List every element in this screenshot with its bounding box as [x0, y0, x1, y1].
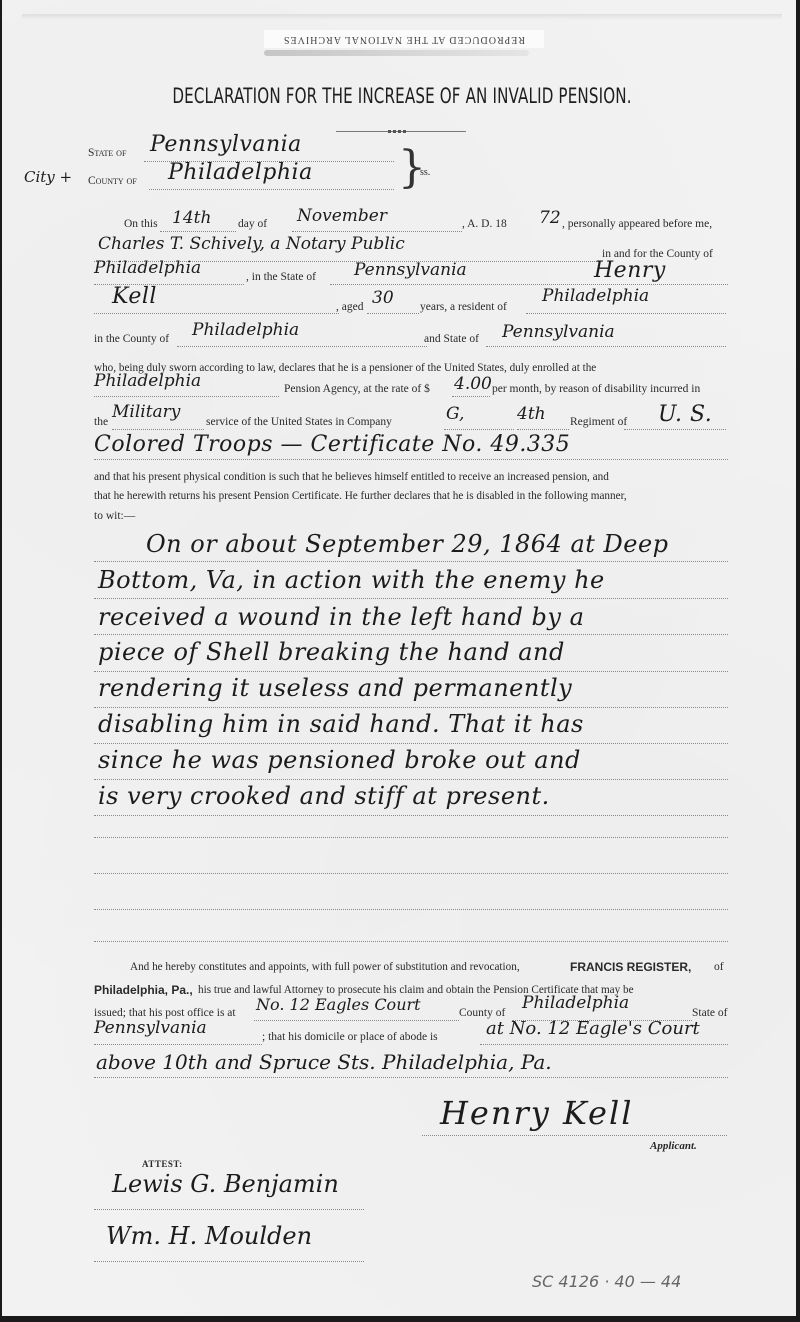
residence-value: Philadelphia	[542, 286, 649, 306]
officer-state-value: Pennsylvania	[354, 260, 467, 280]
company-value: G,	[446, 404, 464, 424]
post-office-line	[254, 1019, 459, 1021]
ss-label: ss.	[420, 167, 430, 178]
disability-line: is very crooked and stiff at present.	[98, 782, 550, 810]
day-line	[160, 230, 236, 232]
regiment-line	[624, 428, 726, 430]
age-line	[367, 312, 419, 314]
regiment-cont-value: Colored Troops — Certificate No. 49.335	[94, 432, 570, 457]
officer-state-line	[330, 283, 728, 285]
applicant-signature-line	[422, 1134, 727, 1136]
regiment-text: Regiment of	[570, 416, 627, 428]
attorney-name: FRANCIS REGISTER,	[570, 960, 691, 974]
disability-line: disabling him in said hand. That it has	[98, 710, 584, 738]
disability-line: since he was pensioned broke out and	[98, 746, 581, 774]
applicant-signature: Henry Kell	[440, 1094, 633, 1132]
ruled-line	[94, 836, 728, 838]
po-county-value: Philadelphia	[522, 993, 629, 1013]
regiment-number-line	[517, 428, 569, 430]
domicile-cont-value: above 10th and Spruce Sts. Philadelphia,…	[96, 1050, 552, 1074]
regiment-value: U. S.	[658, 402, 712, 427]
ad-label: , A. D. 18	[462, 218, 507, 230]
years-resident-label: years, a resident of	[420, 301, 507, 313]
res-state-line	[486, 345, 726, 347]
disability-line: received a wound in the left hand by a	[98, 603, 584, 631]
title-ornament	[336, 131, 466, 133]
service-value: Military	[112, 402, 180, 422]
file-number: SC 4126 · 40 — 44	[532, 1272, 681, 1291]
domicile-label: ; that his domicile or place of abode is	[262, 1031, 438, 1043]
per-month-text: per month, by reason of disability incur…	[492, 383, 700, 395]
year-value: 72	[539, 208, 561, 228]
county-value: Philadelphia	[168, 160, 313, 185]
appeared-label: , personally appeared before me,	[562, 218, 712, 230]
aged-label: , aged	[336, 301, 363, 313]
month-line	[292, 230, 462, 232]
agency-value: Philadelphia	[94, 371, 201, 391]
county-prefix-note: City +	[24, 168, 72, 186]
domicile-value: at No. 12 Eagle's Court	[486, 1018, 700, 1039]
witness-2-signature: Wm. H. Moulden	[106, 1222, 312, 1250]
disability-line: Bottom, Va, in action with the enemy he	[98, 566, 605, 594]
scan-shadow	[22, 14, 782, 20]
ruled-line	[94, 633, 728, 635]
attorney-text-1: And he hereby constitutes and appoints, …	[130, 961, 520, 973]
ruled-line	[94, 560, 728, 562]
condition-text-2: that he herewith returns his present Pen…	[94, 490, 627, 502]
to-wit-label: to wit:—	[94, 510, 135, 522]
witness-1-line	[94, 1208, 364, 1210]
res-county-value: Philadelphia	[192, 320, 299, 340]
po-state-line	[94, 1043, 262, 1045]
and-state-of-label: and State of	[424, 333, 479, 345]
service-text: service of the United States in Company	[206, 416, 392, 428]
rate-line	[452, 395, 490, 397]
ruled-line	[94, 778, 728, 780]
regiment-cont-line	[94, 458, 728, 460]
post-office-value: No. 12 Eagles Court	[256, 995, 421, 1014]
age-value: 30	[372, 288, 394, 308]
company-line	[444, 428, 514, 430]
officer-county-value: Philadelphia	[94, 258, 201, 278]
state-value: Pennsylvania	[150, 132, 302, 157]
pension-declaration-page: REPRODUCED AT THE NATIONAL ARCHIVES DECL…	[2, 0, 796, 1316]
agency-text: Pension Agency, at the rate of $	[284, 383, 430, 395]
officer-value: Charles T. Schively, a Notary Public	[98, 234, 405, 254]
ruled-line	[94, 908, 728, 910]
res-county-line	[177, 345, 427, 347]
on-this-label: On this	[124, 218, 158, 230]
witness-1-signature: Lewis G. Benjamin	[112, 1170, 339, 1198]
ruled-line	[94, 670, 728, 672]
witness-2-line	[94, 1260, 364, 1262]
ruled-line	[94, 706, 728, 708]
ruled-line	[94, 940, 728, 942]
rate-value: 4.00	[454, 374, 492, 394]
attest-label: ATTEST:	[142, 1159, 183, 1169]
county-label: County of	[88, 175, 137, 187]
residence-line	[526, 312, 726, 314]
disability-line: piece of Shell breaking the hand and	[98, 638, 565, 666]
stamp-shadow	[264, 50, 529, 56]
archive-stamp: REPRODUCED AT THE NATIONAL ARCHIVES	[264, 30, 544, 48]
applicant-label: Applicant.	[650, 1140, 697, 1152]
disability-line: rendering it useless and permanently	[98, 674, 572, 702]
ruled-line	[94, 814, 728, 816]
in-state-of-label: , in the State of	[246, 271, 316, 283]
page-title: DECLARATION FOR THE INCREASE OF AN INVAL…	[114, 84, 690, 108]
day-of-label: day of	[238, 218, 267, 230]
ruled-line	[94, 742, 728, 744]
po-state-value: Pennsylvania	[94, 1018, 207, 1038]
domicile-line	[480, 1043, 728, 1045]
ruled-line	[94, 597, 728, 599]
service-line	[112, 428, 204, 430]
day-value: 14th	[172, 208, 211, 228]
county-field-line	[149, 188, 394, 190]
attorney-city: Philadelphia, Pa.,	[94, 983, 193, 997]
last-name-value: Kell	[112, 284, 157, 309]
attorney-of: of	[714, 961, 724, 973]
disability-line: On or about September 29, 1864 at Deep	[146, 530, 669, 558]
in-county-of-label: in the County of	[94, 333, 169, 345]
the-label: the	[94, 416, 108, 428]
res-state-value: Pennsylvania	[502, 322, 615, 342]
domicile-cont-line	[94, 1076, 728, 1078]
month-value: November	[297, 206, 387, 226]
first-name-value: Henry	[594, 258, 666, 283]
agency-line	[94, 395, 279, 397]
state-label: State of	[88, 147, 126, 159]
regiment-number-value: 4th	[517, 404, 546, 424]
condition-text-1: and that his present physical condition …	[94, 471, 609, 483]
ruled-line	[94, 872, 728, 874]
last-name-line	[94, 312, 339, 314]
